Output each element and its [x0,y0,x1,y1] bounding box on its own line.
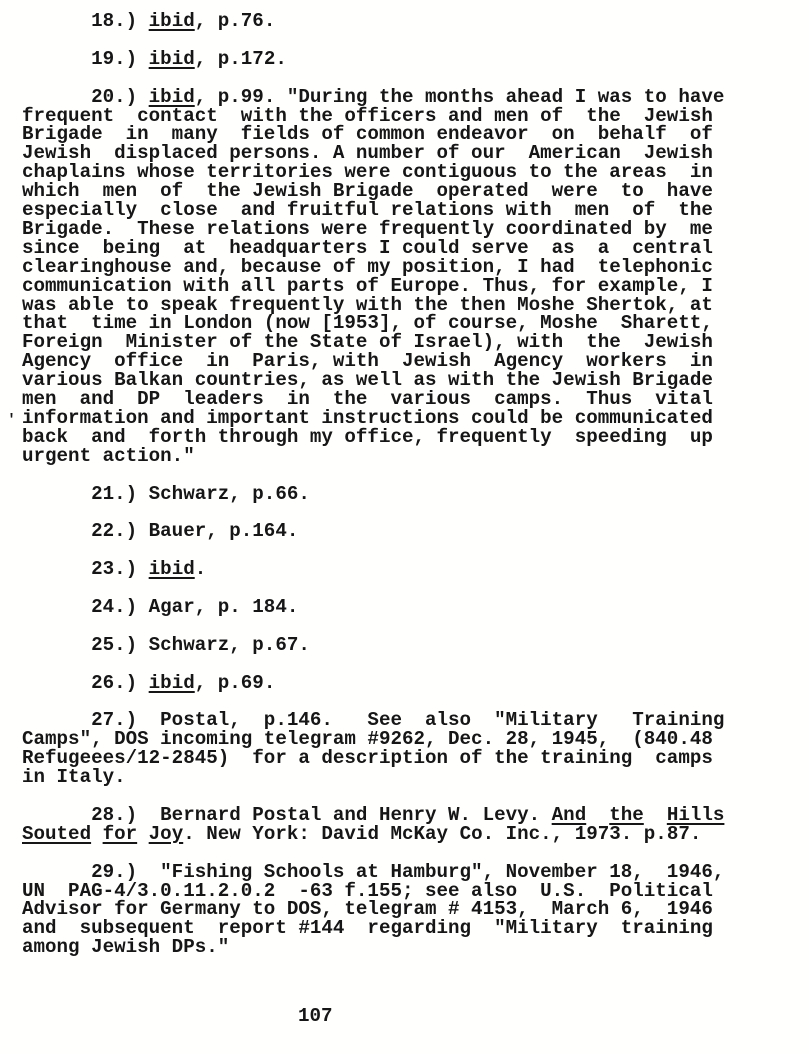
text-segment: . New York: David McKay Co. Inc., 1973. … [183,823,701,845]
note-25: 25.) Schwarz, p.67. [22,636,724,655]
text-segment: 25.) Schwarz, p.67. [22,634,310,656]
text-segment [137,823,149,845]
text-segment: 26.) [22,672,149,694]
page-content: 18.) ibid, p.76. 19.) ibid, p.172. 20.) … [22,12,724,1026]
underlined-text: ibid [149,10,195,32]
note-line: 18.) ibid, p.76. [22,12,724,31]
underlined-text: for [103,823,138,845]
note-21: 21.) Schwarz, p.66. [22,485,724,504]
underlined-text: ibid [149,558,195,580]
note-line: in Italy. [22,768,724,787]
text-segment: 22.) Bauer, p.164. [22,520,298,542]
text-segment: , p.69. [195,672,276,694]
note-line: among Jewish DPs." [22,938,724,957]
text-segment: 21.) Schwarz, p.66. [22,483,310,505]
note-line: urgent action." [22,447,724,466]
note-line: 23.) ibid. [22,560,724,579]
underlined-text: ibid [149,48,195,70]
note-28: 28.) Bernard Postal and Henry W. Levy. A… [22,806,724,844]
text-segment: , p.172. [195,48,287,70]
page-number: 107 [22,1007,724,1026]
note-23: 23.) ibid. [22,560,724,579]
note-line: 19.) ibid, p.172. [22,50,724,69]
text-segment [91,823,103,845]
note-line: 26.) ibid, p.69. [22,674,724,693]
note-line: 25.) Schwarz, p.67. [22,636,724,655]
text-segment: 23.) [22,558,149,580]
text-segment: . [195,558,207,580]
text-segment: 18.) [22,10,149,32]
notes-list: 18.) ibid, p.76. 19.) ibid, p.172. 20.) … [22,12,724,957]
text-segment: in Italy. [22,766,126,788]
text-segment: urgent action." [22,445,195,467]
note-19: 19.) ibid, p.172. [22,50,724,69]
note-line: 22.) Bauer, p.164. [22,522,724,541]
note-line: 21.) Schwarz, p.66. [22,485,724,504]
note-27: 27.) Postal, p.146. See also "Military T… [22,711,724,787]
note-29: 29.) "Fishing Schools at Hamburg", Novem… [22,863,724,958]
note-line: 24.) Agar, p. 184. [22,598,724,617]
note-20: 20.) ibid, p.99. "During the months ahea… [22,88,724,466]
note-26: 26.) ibid, p.69. [22,674,724,693]
document-page: ' 18.) ibid, p.76. 19.) ibid, p.172. 20.… [0,0,809,1054]
text-segment: , p.76. [195,10,276,32]
text-segment: 24.) Agar, p. 184. [22,596,298,618]
underlined-text: Souted [22,823,91,845]
stray-mark: ' [7,413,16,428]
text-segment: among Jewish DPs." [22,936,229,958]
note-line: Refugeees/12-2845) for a description of … [22,749,724,768]
note-24: 24.) Agar, p. 184. [22,598,724,617]
note-line: Souted for Joy. New York: David McKay Co… [22,825,724,844]
underlined-text: ibid [149,672,195,694]
underlined-text: Joy [149,823,184,845]
note-18: 18.) ibid, p.76. [22,12,724,31]
note-22: 22.) Bauer, p.164. [22,522,724,541]
text-segment: 19.) [22,48,149,70]
